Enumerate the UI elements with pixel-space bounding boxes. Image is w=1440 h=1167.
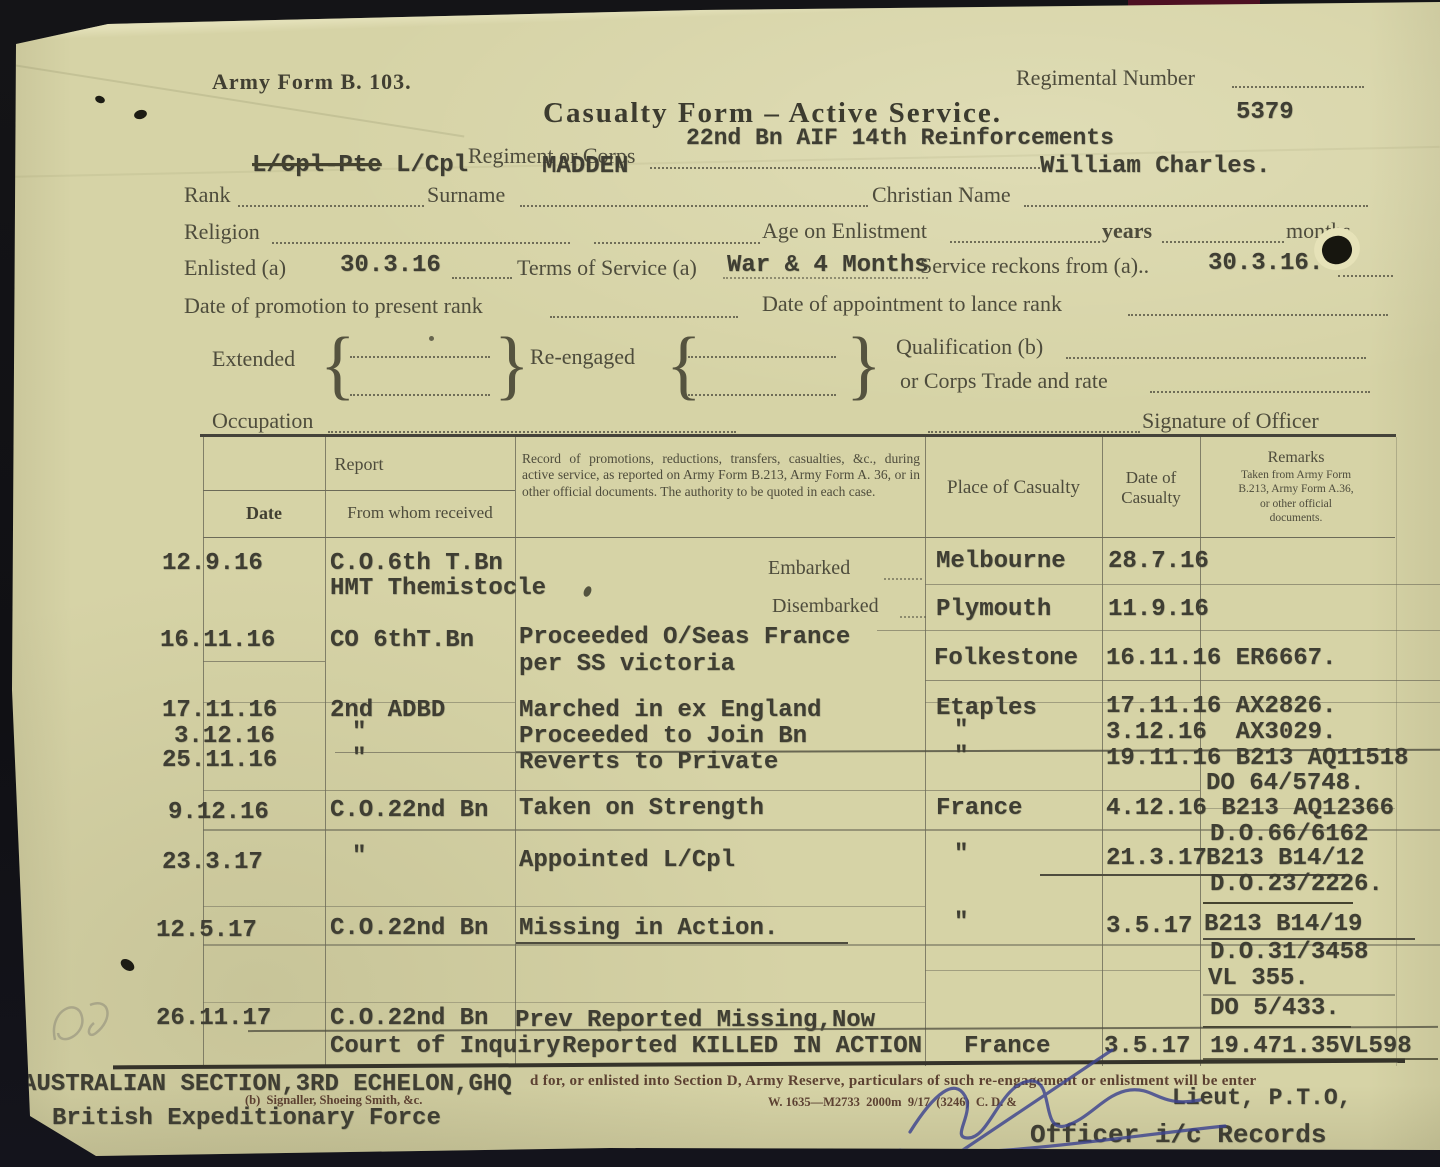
surname-label: Surname	[427, 183, 505, 206]
row-casualty-date: 17.11.16 AX2826.	[1106, 694, 1336, 719]
dotted-leader	[350, 376, 490, 396]
embarked-printed-label: Embarked	[768, 558, 850, 579]
row-date: 23.3.17	[162, 850, 263, 875]
from-whom-column-header: From whom received	[325, 504, 515, 522]
ink-blot	[582, 585, 593, 598]
dotted-leader	[1162, 223, 1284, 243]
table-rule	[203, 661, 325, 662]
dotted-leader	[520, 187, 868, 207]
row-casualty-date: 3.12.16 AX3029.	[1106, 720, 1336, 745]
table-rule	[877, 630, 1440, 631]
terms-typed-value: War & 4 Months	[727, 253, 929, 278]
report-column-header: Report	[203, 455, 515, 474]
table-rule	[925, 970, 1200, 971]
rank-label: Rank	[184, 183, 230, 206]
row-casualty-date: 11.9.16	[1108, 597, 1209, 622]
row-place-ditto: "	[954, 744, 968, 769]
row-place: Plymouth	[936, 597, 1051, 622]
service-reckons-label: Service reckons from (a)..	[920, 254, 1149, 277]
rank-struck-text: L/Cpl-Pte	[252, 152, 382, 179]
paper-speck	[429, 336, 434, 341]
row-remarks-line3: VL 355.	[1208, 966, 1309, 991]
row-place-ditto: "	[954, 842, 968, 867]
dotted-leader	[1024, 187, 1368, 207]
row-casualty-date: 19.11.16 B213 AQ11518	[1106, 746, 1408, 771]
dotted-leader	[1066, 339, 1366, 359]
table-top-rule	[200, 434, 1396, 437]
table-header-bottom-rule	[203, 537, 1395, 538]
row-from: CO 6thT.Bn	[330, 628, 474, 653]
table-rule	[203, 490, 515, 491]
row-remarks: B213 B14/12	[1206, 846, 1364, 871]
dotted-leader	[1128, 296, 1388, 316]
row-date: 12.5.17	[156, 918, 257, 943]
table-rule	[203, 790, 1200, 791]
row-date: 16.11.16	[160, 628, 275, 653]
regimental-number-value: 5379	[1236, 100, 1294, 125]
brace-close: }	[494, 325, 530, 406]
enlisted-typed-value: 30.3.16	[340, 253, 441, 278]
row-date: 12.9.16	[162, 551, 263, 576]
paper-speck	[133, 108, 148, 120]
age-on-enlistment-label: Age on Enlistment	[762, 219, 927, 242]
dotted-leader	[594, 224, 760, 244]
row-place: Folkestone	[934, 646, 1078, 671]
row-from: C.O.6th T.Bn	[330, 551, 503, 576]
dotted-leader	[1338, 257, 1393, 277]
dotted-leader	[452, 259, 512, 279]
corps-trade-label: or Corps Trade and rate	[900, 369, 1108, 392]
table-rule	[203, 906, 925, 907]
reengaged-label: Re-engaged	[530, 345, 635, 368]
table-rule	[925, 680, 1440, 681]
row-record: Reverts to Private	[519, 750, 778, 775]
dotted-leader	[688, 376, 836, 396]
row-place: France	[936, 796, 1022, 821]
row-date: 3.12.16	[174, 724, 275, 749]
row-date: 17.11.16	[162, 698, 277, 723]
qualification-label: Qualification (b)	[896, 335, 1043, 358]
row-record-line2: Reported KILLED IN ACTION	[562, 1034, 922, 1059]
row-remarks-line2: DO 64/5748.	[1206, 771, 1364, 796]
dotted-leader	[650, 149, 1040, 169]
paper-speck	[94, 95, 106, 105]
row-casualty-date: 21.3.17	[1106, 846, 1207, 871]
row-from-ditto: "	[352, 720, 366, 745]
rank-typed-value: L/Cpl-Pte L/Cpl	[252, 153, 468, 178]
signature-ink	[880, 1040, 1240, 1166]
table-rule	[925, 584, 1440, 585]
promotion-date-label: Date of promotion to present rank	[184, 294, 483, 317]
disembarked-printed-label: Disembarked	[772, 596, 879, 617]
row-remarks: B213 B14/19	[1204, 912, 1362, 937]
dotted-leader	[1150, 373, 1370, 393]
lance-rank-date-label: Date of appointment to lance rank	[762, 292, 1062, 315]
remarks-column-subheader: Taken from Army Form B.213, Army Form A.…	[1200, 468, 1392, 526]
row-record: Proceeded to Join Bn	[519, 724, 807, 749]
row-from: C.O.22nd Bn	[330, 798, 488, 823]
dotted-leader	[350, 338, 490, 358]
row-casualty-date: 4.12.16 B213 AQ12366	[1106, 796, 1394, 821]
row-remarks-line2: D.O.23/2226.	[1210, 872, 1383, 897]
terms-of-service-label: Terms of Service (a)	[517, 256, 697, 279]
row-record: Marched in ex England	[519, 698, 821, 723]
row-record: Proceeded O/Seas France	[519, 625, 850, 650]
row-place-ditto: "	[954, 910, 968, 935]
date-of-casualty-column-header: Date of Casualty	[1102, 468, 1200, 507]
religion-label: Religion	[184, 220, 260, 243]
christian-name-typed-value: William Charles.	[1040, 154, 1270, 179]
place-of-casualty-column-header: Place of Casualty	[925, 478, 1102, 498]
row-record-line2: per SS victoria	[519, 652, 735, 677]
row-from: 2nd ADBD	[330, 698, 445, 723]
row-place: Melbourne	[936, 549, 1066, 574]
row-place: Etaples	[936, 696, 1037, 721]
dotted-leader	[238, 187, 424, 207]
dotted-leader	[1232, 68, 1364, 88]
row-casualty-date: 28.7.16	[1108, 549, 1209, 574]
scan-background: Army Form B. 103. Regimental Number Casu…	[0, 0, 1440, 1167]
record-column-header: Record of promotions, reductions, transf…	[522, 451, 920, 500]
row-casualty-date: 16.11.16 ER6667.	[1106, 646, 1336, 671]
dotted-leader	[328, 413, 736, 433]
dotted-leader	[688, 338, 836, 358]
dotted-leader	[884, 560, 922, 580]
army-form-number: Army Form B. 103.	[212, 70, 412, 93]
row-remarks: 19.471.35VL598	[1210, 1034, 1412, 1059]
row-date: 9.12.16	[168, 800, 269, 825]
row-from-line2: Court of Inquiry	[330, 1034, 560, 1059]
remarks-column-header: Remarks	[1200, 450, 1392, 467]
brace-close: }	[846, 325, 882, 406]
form-title: Casualty Form – Active Service.	[543, 98, 1002, 128]
reckons-typed-value: 30.3.16.	[1208, 251, 1323, 276]
row-date: 25.11.16	[162, 748, 277, 773]
enlisted-label: Enlisted (a)	[184, 256, 286, 279]
rank-current-text: L/Cpl	[382, 152, 468, 179]
regimental-number-label: Regimental Number	[1016, 66, 1195, 89]
dotted-leader	[950, 223, 1100, 243]
christian-name-label: Christian Name	[872, 183, 1011, 206]
occupation-label: Occupation	[212, 409, 313, 432]
years-label: years	[1102, 219, 1152, 242]
row-remarks-line2: D.O.66/6162	[1210, 822, 1368, 847]
row-from: C.O.22nd Bn	[330, 916, 488, 941]
paper-speck	[118, 957, 136, 974]
strike-rule	[516, 942, 848, 944]
dotted-leader	[272, 224, 570, 244]
underline-rule	[1203, 902, 1353, 904]
dotted-leader	[928, 413, 1140, 433]
date-column-header: Date	[203, 504, 325, 523]
row-record: Taken on Strength	[519, 796, 764, 821]
row-from-ditto: "	[352, 746, 366, 771]
signature-of-officer-label: Signature of Officer	[1142, 409, 1319, 432]
row-from: C.O.22nd Bn	[330, 1006, 488, 1031]
extended-label: Extended	[212, 347, 295, 370]
table-rule	[203, 1002, 925, 1003]
dotted-leader	[550, 298, 738, 318]
row-from-ditto: "	[352, 844, 366, 869]
row-record: Missing in Action.	[519, 916, 778, 941]
row-record: Appointed L/Cpl	[519, 848, 735, 873]
pencil-mark	[30, 985, 120, 1060]
row-place-ditto: "	[954, 718, 968, 743]
casualty-form-document: Army Form B. 103. Regimental Number Casu…	[0, 0, 1440, 1167]
row-casualty-date: 3.5.17	[1106, 914, 1192, 939]
surname-typed-value: MADDEN	[542, 154, 628, 179]
dotted-leader	[900, 598, 926, 618]
bef-typed-line: British Expeditionary Force	[52, 1106, 441, 1131]
unit-line: 22nd Bn AIF 14th Reinforcements	[686, 126, 1114, 150]
row-date: 26.11.17	[156, 1006, 271, 1031]
column-divider	[325, 437, 326, 1066]
row-remarks-line2: D.O.31/3458	[1210, 940, 1368, 965]
row-from-line2: HMT Themistocle	[330, 576, 546, 601]
row-remarks-line4: DO 5/433.	[1210, 996, 1340, 1021]
